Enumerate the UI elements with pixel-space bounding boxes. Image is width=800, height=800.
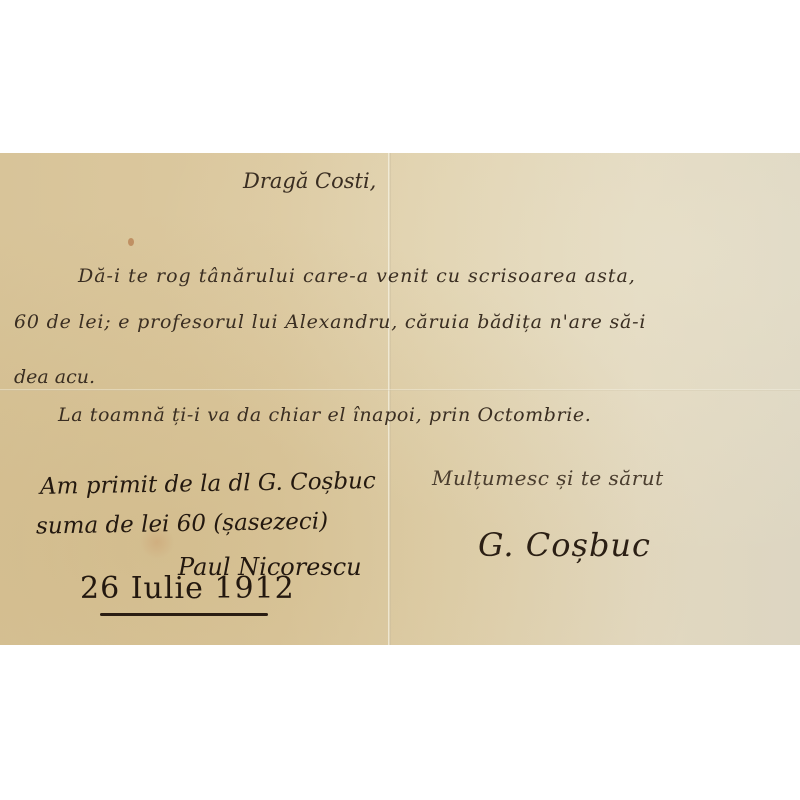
letter-closing: Mulțumesc și te sărut [432, 466, 664, 490]
date-underline [100, 613, 268, 616]
receipt-line-1: Am primit de la dl G. Coșbuc [40, 468, 376, 500]
author-signature: G. Coșbuc [478, 526, 651, 564]
letter-body-line-3: dea acu. [14, 366, 95, 388]
letter-body-line-1: Dă-i te rog tânărului care-a venit cu sc… [78, 265, 636, 287]
ink-stain [128, 238, 134, 246]
letter-body-line-2: 60 de lei; e profesorul lui Alexandru, c… [14, 311, 646, 333]
receipt-date: 26 Iulie 1912 [80, 571, 295, 606]
letter-paper: Dragă Costi, Dă-i te rog tânărului care-… [0, 153, 800, 645]
horizontal-fold-crease [0, 389, 800, 391]
letter-body-line-4: La toamnă ți-i va da chiar el înapoi, pr… [58, 404, 591, 426]
letter-greeting: Dragă Costi, [243, 169, 376, 193]
receipt-line-2: suma de lei 60 (șasezeci) [36, 508, 329, 539]
vertical-fold-crease [388, 153, 391, 645]
